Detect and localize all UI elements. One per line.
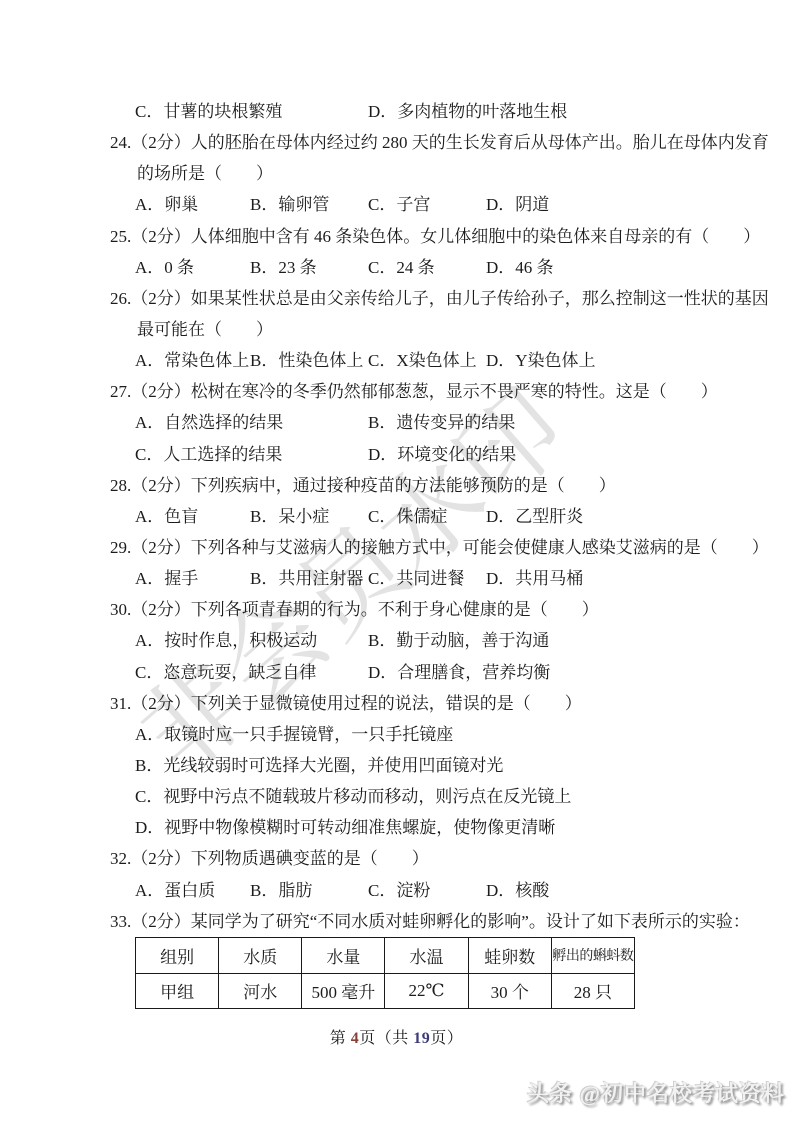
text-run: 25.（2分）人体细胞中含有 46 条染色体。女儿体细胞中的染色体来自母亲的有（… bbox=[110, 227, 760, 246]
option-cell: D．阴道 bbox=[486, 189, 549, 220]
option-cell: C．侏儒症 bbox=[368, 501, 447, 532]
table-cell: 22℃ bbox=[385, 973, 468, 1008]
option-cell: B．共用注射器 bbox=[250, 563, 363, 594]
text-run: 24.（2分）人的胚胎在母体内经过约 280 天的生长发育后从母体产出。胎儿在母… bbox=[110, 133, 769, 152]
page-content: C．甘薯的块根繁殖D．多肉植物的叶落地生根24.（2分）人的胚胎在母体内经过约 … bbox=[0, 96, 793, 1048]
question-text-line: 27.（2分）松树在寒冷的冬季仍然郁郁葱葱，显示不畏严寒的特性。这是（ ） bbox=[0, 376, 793, 407]
option-cell: B．呆小症 bbox=[250, 501, 329, 532]
question-text-line: 最可能在（ ） bbox=[0, 314, 793, 345]
table-header-cell: 水质 bbox=[219, 937, 302, 973]
footer-total-pages: 19 bbox=[413, 1030, 430, 1047]
option-cell: C．淀粉 bbox=[368, 875, 430, 906]
option-line: D．视野中物像模糊时可转动细准焦螺旋，使物像更清晰 bbox=[0, 812, 793, 843]
footer-suffix: 页） bbox=[430, 1030, 463, 1047]
table-row: 甲组河水500 毫升22℃30 个28 只 bbox=[136, 973, 635, 1008]
option-cell: B．脂肪 bbox=[250, 875, 312, 906]
option-cell: B．遗传变异的结果 bbox=[368, 407, 515, 438]
option-line: B．光线较弱时可选择大光圈，并使用凹面镜对光 bbox=[0, 750, 793, 781]
option-line: A．按时作息，积极运动B．勤于动脑，善于沟通 bbox=[0, 625, 793, 656]
option-cell: D．共用马桶 bbox=[486, 563, 583, 594]
text-run: 27.（2分）松树在寒冷的冬季仍然郁郁葱葱，显示不畏严寒的特性。这是（ ） bbox=[110, 382, 718, 401]
option-cell: B．输卵管 bbox=[250, 189, 329, 220]
option-cell: A．蛋白质 bbox=[135, 875, 215, 906]
question-text-line: 的场所是（ ） bbox=[0, 158, 793, 189]
table-cell: 30 个 bbox=[468, 973, 551, 1008]
option-cell: D．合理膳食，营养均衡 bbox=[368, 657, 550, 688]
option-cell: C．子宫 bbox=[368, 189, 430, 220]
option-cell: D．46 条 bbox=[486, 252, 554, 283]
question-text-line: 32.（2分）下列物质遇碘变蓝的是（ ） bbox=[0, 843, 793, 874]
option-cell: A．色盲 bbox=[135, 501, 198, 532]
option-line: A．取镜时应一只手握镜臂，一只手托镜座 bbox=[0, 719, 793, 750]
question-text-line: 26.（2分）如果某性状总是由父亲传给儿子，由儿子传给孙子，那么控制这一性状的基… bbox=[0, 283, 793, 314]
option-cell: C．共同进餐 bbox=[368, 563, 464, 594]
table-header-cell: 组别 bbox=[136, 937, 219, 973]
option-cell: C．X染色体上 bbox=[368, 345, 477, 376]
option-cell: D．核酸 bbox=[486, 875, 549, 906]
table-cell: 28 只 bbox=[551, 973, 634, 1008]
page-footer: 第 4页（共 19页） bbox=[0, 1025, 793, 1048]
option-cell: A．按时作息，积极运动 bbox=[135, 625, 317, 656]
table-header-cell: 水量 bbox=[302, 937, 385, 973]
option-cell: A．常染色体上 bbox=[135, 345, 249, 376]
option-cell: C．甘薯的块根繁殖 bbox=[135, 96, 282, 127]
option-cell: D．Y染色体上 bbox=[486, 345, 596, 376]
option-cell: D．环境变化的结果 bbox=[368, 439, 516, 470]
text-run: 28.（2分）下列疾病中，通过接种疫苗的方法能够预防的是（ ） bbox=[110, 476, 616, 495]
table-cell: 500 毫升 bbox=[302, 973, 385, 1008]
option-cell: A．卵巢 bbox=[135, 189, 198, 220]
option-cell: C．视野中污点不随载玻片移动而移动，则污点在反光镜上 bbox=[135, 781, 571, 812]
table-header-cell: 孵出的蝌蚪数 bbox=[551, 937, 634, 973]
option-cell: A．取镜时应一只手握镜臂，一只手托镜座 bbox=[135, 719, 453, 750]
option-cell: D．乙型肝炎 bbox=[486, 501, 583, 532]
question-lines: C．甘薯的块根繁殖D．多肉植物的叶落地生根24.（2分）人的胚胎在母体内经过约 … bbox=[0, 96, 793, 937]
option-cell: C．24 条 bbox=[368, 252, 435, 283]
option-cell: B．勤于动脑，善于沟通 bbox=[368, 625, 549, 656]
option-line: A．握手B．共用注射器C．共同进餐D．共用马桶 bbox=[0, 563, 793, 594]
question-text-line: 25.（2分）人体细胞中含有 46 条染色体。女儿体细胞中的染色体来自母亲的有（… bbox=[0, 221, 793, 252]
question-text-line: 28.（2分）下列疾病中，通过接种疫苗的方法能够预防的是（ ） bbox=[0, 470, 793, 501]
footer-prefix: 第 bbox=[330, 1030, 351, 1047]
option-cell: C．恣意玩耍，缺乏自律 bbox=[135, 657, 316, 688]
option-cell: B．性染色体上 bbox=[250, 345, 363, 376]
option-line: A．0 条B．23 条C．24 条D．46 条 bbox=[0, 252, 793, 283]
question-text-line: 33.（2分）某同学为了研究“不同水质对蛙卵孵化的影响”。设计了如下表所示的实验… bbox=[0, 906, 793, 937]
text-run: 29.（2分）下列各种与艾滋病人的接触方式中，可能会使健康人感染艾滋病的是（ ） bbox=[110, 538, 769, 557]
exam-page: 非会员水印 C．甘薯的块根繁殖D．多肉植物的叶落地生根24.（2分）人的胚胎在母… bbox=[0, 0, 793, 1122]
text-run: 33.（2分）某同学为了研究“不同水质对蛙卵孵化的影响”。设计了如下表所示的实验… bbox=[110, 912, 750, 931]
text-run: 最可能在（ ） bbox=[137, 320, 273, 339]
question-text-line: 31.（2分）下列关于显微镜使用过程的说法，错误的是（ ） bbox=[0, 688, 793, 719]
option-cell: A．0 条 bbox=[135, 252, 194, 283]
table-header-cell: 水温 bbox=[385, 937, 468, 973]
option-line: A．卵巢B．输卵管C．子宫D．阴道 bbox=[0, 189, 793, 220]
option-line: C．视野中污点不随载玻片移动而移动，则污点在反光镜上 bbox=[0, 781, 793, 812]
option-line: C．甘薯的块根繁殖D．多肉植物的叶落地生根 bbox=[0, 96, 793, 127]
question-text-line: 24.（2分）人的胚胎在母体内经过约 280 天的生长发育后从母体产出。胎儿在母… bbox=[0, 127, 793, 158]
table-header-row: 组别水质水量水温蛙卵数孵出的蝌蚪数 bbox=[136, 937, 635, 973]
experiment-table-head: 组别水质水量水温蛙卵数孵出的蝌蚪数 bbox=[136, 937, 635, 973]
experiment-table: 组别水质水量水温蛙卵数孵出的蝌蚪数 甲组河水500 毫升22℃30 个28 只 bbox=[135, 937, 635, 1009]
option-cell: D．多肉植物的叶落地生根 bbox=[368, 96, 567, 127]
table-cell: 河水 bbox=[219, 973, 302, 1008]
footer-page-number: 4 bbox=[351, 1030, 360, 1047]
option-cell: B．光线较弱时可选择大光圈，并使用凹面镜对光 bbox=[135, 750, 503, 781]
text-run: 的场所是（ ） bbox=[137, 164, 273, 183]
text-run: 31.（2分）下列关于显微镜使用过程的说法，错误的是（ ） bbox=[110, 694, 582, 713]
table-cell: 甲组 bbox=[136, 973, 219, 1008]
option-line: C．恣意玩耍，缺乏自律D．合理膳食，营养均衡 bbox=[0, 657, 793, 688]
question-text-line: 30.（2分）下列各项青春期的行为。不利于身心健康的是（ ） bbox=[0, 594, 793, 625]
option-line: C．人工选择的结果D．环境变化的结果 bbox=[0, 439, 793, 470]
option-cell: B．23 条 bbox=[250, 252, 317, 283]
footer-middle: 页（共 bbox=[359, 1030, 413, 1047]
option-line: A．常染色体上B．性染色体上C．X染色体上D．Y染色体上 bbox=[0, 345, 793, 376]
option-cell: D．视野中物像模糊时可转动细准焦螺旋，使物像更清晰 bbox=[135, 812, 555, 843]
text-run: 26.（2分）如果某性状总是由父亲传给儿子，由儿子传给孙子，那么控制这一性状的基… bbox=[110, 289, 769, 308]
question-text-line: 29.（2分）下列各种与艾滋病人的接触方式中，可能会使健康人感染艾滋病的是（ ） bbox=[0, 532, 793, 563]
text-run: 32.（2分）下列物质遇碘变蓝的是（ ） bbox=[110, 849, 429, 868]
text-run: 30.（2分）下列各项青春期的行为。不利于身心健康的是（ ） bbox=[110, 600, 599, 619]
option-cell: A．握手 bbox=[135, 563, 198, 594]
corner-watermark: 头条 @初中名校考试资料 bbox=[527, 1077, 785, 1108]
table-header-cell: 蛙卵数 bbox=[468, 937, 551, 973]
option-cell: A．自然选择的结果 bbox=[135, 407, 283, 438]
option-line: A．自然选择的结果B．遗传变异的结果 bbox=[0, 407, 793, 438]
experiment-table-body: 甲组河水500 毫升22℃30 个28 只 bbox=[136, 973, 635, 1008]
option-line: A．蛋白质B．脂肪C．淀粉D．核酸 bbox=[0, 875, 793, 906]
option-cell: C．人工选择的结果 bbox=[135, 439, 282, 470]
option-line: A．色盲B．呆小症C．侏儒症D．乙型肝炎 bbox=[0, 501, 793, 532]
